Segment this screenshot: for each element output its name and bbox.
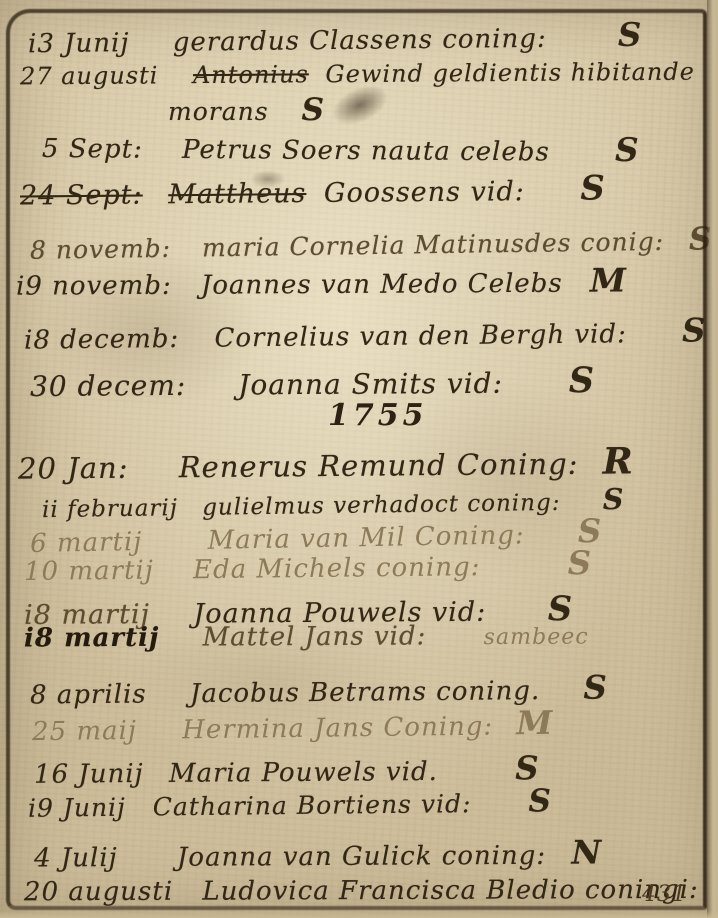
page-bottom-edge (0, 910, 718, 918)
entry-text: Catharina Bortiens vid: (153, 789, 472, 821)
entry-text-struck: Antonius (193, 60, 309, 89)
entry-mark: S (515, 748, 540, 787)
entry-mark: S (567, 543, 592, 582)
entry-text: Goossens vid: (324, 176, 525, 209)
register-entry: i3 Junij gerardus Classens coning: S (28, 15, 643, 60)
entry-mark: S (618, 15, 643, 54)
entry-mark: sambeec (484, 624, 589, 651)
entry-text: Petrus Soers nauta celebs (182, 135, 550, 168)
entry-text: Eda Michels coning: (193, 552, 481, 585)
register-entry: i9 Junij Catharina Bortiens vid: S (28, 783, 552, 824)
register-entry: 27 augusti Antonius Gewind geldientis hi… (20, 58, 695, 91)
register-entry: 30 decem: Joanna Smits vid: S (30, 360, 595, 405)
register-entry: i8 decemb: Cornelius van den Bergh vid: … (24, 310, 707, 356)
entry-text: maria Cornelia Matinusdes conig: (202, 227, 664, 262)
entry-date: 24 Sept: (20, 179, 143, 211)
entry-date: 16 Junij (34, 759, 144, 790)
entry-date: 27 augusti (20, 61, 159, 90)
entry-text: morans (168, 97, 269, 126)
entry-date: 30 decem: (30, 369, 186, 403)
entry-date: 20 Jan: (18, 451, 129, 486)
entry-text: Mattel Jans vid: (203, 621, 427, 652)
entry-text: Renerus Remund Coning: (179, 447, 579, 484)
entry-mark: M (516, 703, 553, 742)
register-entry: i8 martij Mattel Jans vid: sambeec (24, 621, 589, 654)
year-heading: 1755 (328, 398, 428, 433)
entry-text: gerardus Classens coning: (173, 24, 547, 58)
entry-date: i8 decemb: (24, 324, 179, 356)
entry-date: i8 martij (24, 623, 160, 654)
entry-date: i9 novemb: (16, 271, 172, 302)
entry-date: 8 novemb: (30, 234, 171, 265)
page-gutter-edge (707, 0, 718, 918)
folio-number: 431 (642, 882, 687, 907)
entry-mark: S (682, 310, 707, 349)
entry-mark: S (580, 167, 606, 207)
entry-mark: S (583, 667, 608, 706)
entry-date: i9 Junij (28, 793, 126, 823)
entry-text: Gewind geldientis hibitande (325, 58, 695, 89)
register-entry-continuation: morans S (168, 92, 325, 128)
register-entry: 24 Sept: Mattheus Goossens vid: S (20, 167, 606, 212)
entry-date: i3 Junij (28, 28, 130, 59)
entry-date: 20 augusti (24, 877, 173, 908)
entry-text-struck: Mattheus (168, 178, 306, 210)
entry-date: 10 martij (24, 556, 154, 587)
register-entry: 25 maij Hermina Jans Coning: M (32, 703, 554, 748)
register-entry: 10 martij Eda Michels coning: S (24, 543, 593, 588)
entry-date: 8 aprilis (30, 680, 147, 711)
entry-text: Ludovica Francisca Bledio coningi: (202, 875, 698, 907)
register-entry: 5 Sept: Petrus Soers nauta celebs S (42, 126, 640, 169)
manuscript-page: i3 Junij gerardus Classens coning: S 27 … (0, 0, 718, 918)
register-entry: i9 novemb: Joannes van Medo Celebs M (16, 260, 627, 302)
entry-date: 5 Sept: (42, 134, 143, 165)
entry-text: Cornelius van den Bergh vid: (214, 319, 627, 353)
register-entry: 20 augusti Ludovica Francisca Bledio con… (24, 867, 718, 909)
entry-mark: S (603, 482, 625, 516)
entry-text: Hermina Jans Coning: (182, 712, 493, 746)
entry-date: 25 maij (32, 716, 137, 747)
entry-mark: S (528, 783, 552, 819)
entry-mark: N (571, 833, 602, 872)
entry-text: Joanna Smits vid: (238, 367, 503, 402)
entry-text: Joannes van Medo Celebs (201, 269, 563, 301)
entry-mark: S (615, 130, 640, 169)
entry-mark: S (569, 360, 596, 401)
register-entry: 20 Jan: Renerus Remund Coning: R (18, 439, 634, 487)
entry-mark: M (590, 260, 627, 299)
entry-mark: S (302, 92, 326, 128)
entry-mark: R (602, 439, 634, 482)
